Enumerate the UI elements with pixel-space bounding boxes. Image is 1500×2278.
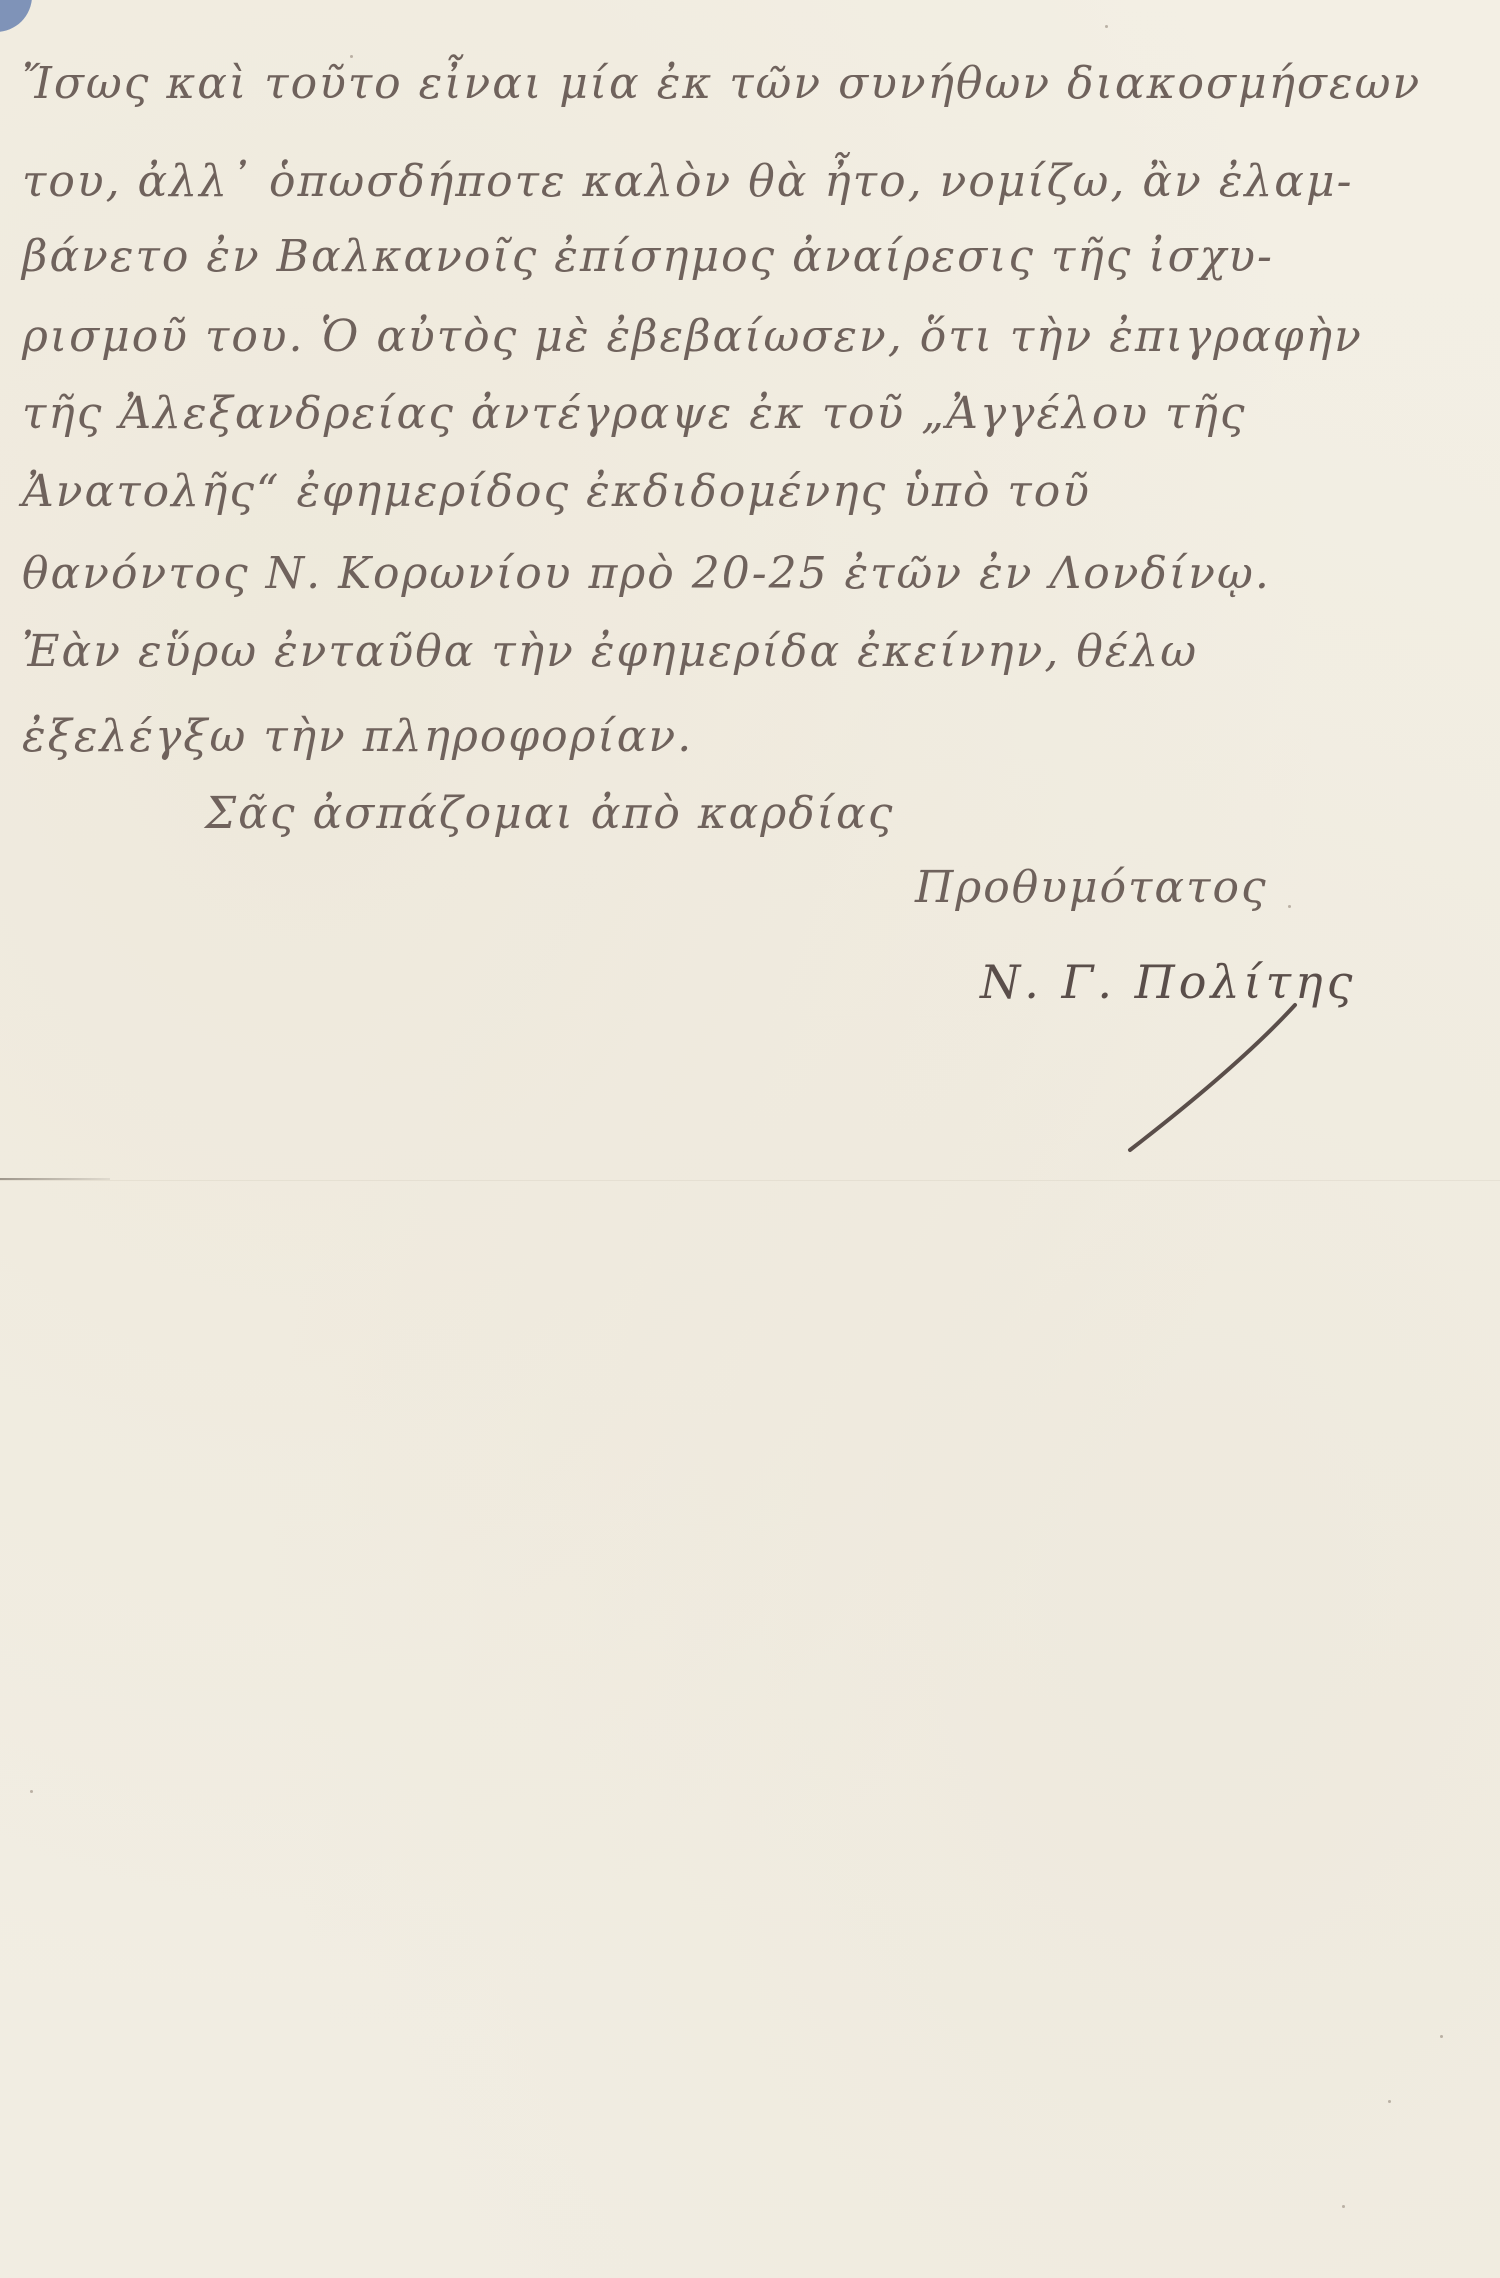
closing-salutation: Σᾶς ἀσπάζομαι ἀπὸ καρδίας: [205, 788, 894, 839]
paper-speck: [30, 1790, 33, 1793]
letter-line-1: Ἴσως καὶ τοῦτο εἶναι μία ἐκ τῶν συνήθων …: [22, 62, 1421, 106]
paper-fold-shadow: [0, 1180, 1500, 1181]
letter-line-4: ρισμοῦ του. Ὁ αὐτὸς μὲ ἐβεβαίωσεν, ὅτι τ…: [22, 315, 1363, 359]
complimentary-close: Προθυμότατος: [915, 862, 1268, 913]
paper-speck: [1388, 2100, 1391, 2103]
paper-speck: [1440, 2035, 1443, 2038]
letter-line-9: ἐξελέγξω τὴν πληροφορίαν.: [22, 715, 693, 759]
corner-mount-tab: [0, 0, 32, 32]
letter-line-7: θανόντος Ν. Κορωνίου πρὸ 20-25 ἐτῶν ἐν Λ…: [22, 552, 1271, 596]
letter-line-6: Ἀνατολῆς“ ἐφημερίδος ἐκδιδομένης ὑπὸ τοῦ: [22, 470, 1091, 514]
letter-line-5: τῆς Ἀλεξανδρείας ἀντέγραψε ἐκ τοῦ „Ἀγγέλ…: [22, 392, 1247, 436]
signature-flourish: [1120, 985, 1320, 1155]
paper-speck: [1288, 905, 1291, 908]
letter-line-2: του, ἀλλ᾽ ὁπωσδήποτε καλὸν θὰ ἦτο, νομίζ…: [22, 160, 1354, 204]
paper-speck: [1342, 2205, 1345, 2208]
paper-speck: [1105, 25, 1108, 28]
letter-page: Ἴσως καὶ τοῦτο εἶναι μία ἐκ τῶν συνήθων …: [0, 0, 1500, 2278]
letter-line-8: Ἐὰν εὕρω ἐνταῦθα τὴν ἐφημερίδα ἐκείνην, …: [22, 630, 1198, 674]
letter-line-3: βάνετο ἐν Βαλκανοῖς ἐπίσημος ἀναίρεσις τ…: [22, 235, 1274, 279]
paper-speck: [350, 55, 353, 58]
